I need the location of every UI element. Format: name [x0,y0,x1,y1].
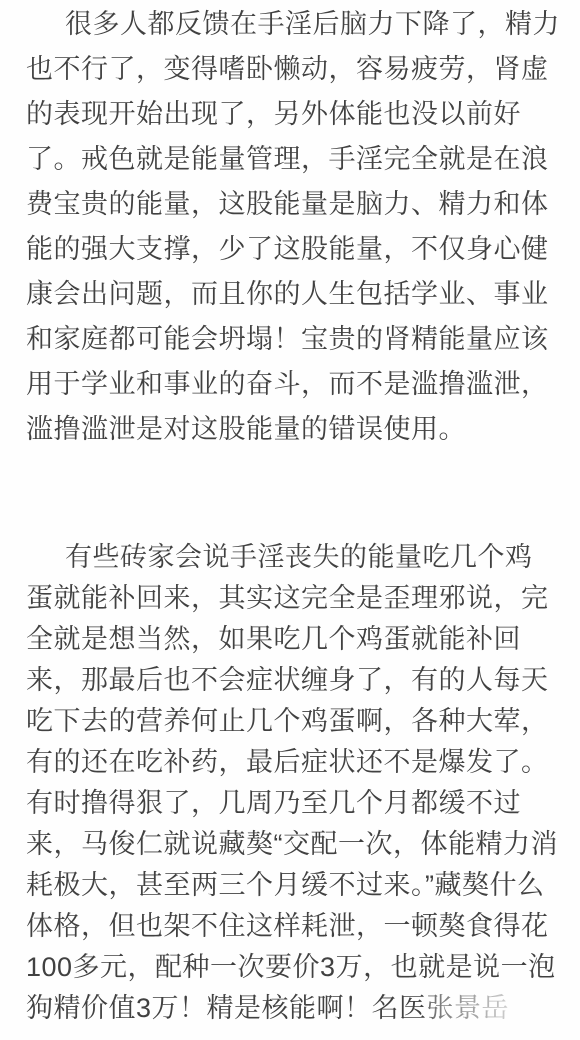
text-line: 能的强大支撑，少了这股能量，不仅身心健 [26,227,556,272]
text-line: 很多人都反馈在手淫后脑力下降了，精力 [26,2,556,47]
text-line: 蛋就能补回来，其实这完全是歪理邪说，完 [26,578,556,619]
text-line-main: 狗精价值3万！精是核能啊！名医 [26,993,427,1023]
text-line: 来，马俊仁就说藏獒“交配一次，体能精力消 [26,824,556,865]
text-line: 有的还在吃补药，最后症状还不是爆发了。 [26,742,556,783]
faded-text: 张景岳 [427,993,510,1023]
text-line: 了。戒色就是能量管理，手淫完全就是在浪 [26,137,556,182]
text-line: 费宝贵的能量，这股能量是脑力、精力和体 [26,182,556,227]
text-line: 用于学业和事业的奋斗，而不是滥撸滥泄， [26,362,556,407]
text-line: 狗精价值3万！精是核能啊！名医张景岳 [26,988,556,1029]
text-line: 全就是想当然，如果吃几个鸡蛋就能补回 [26,619,556,660]
text-line: 的表现开始出现了，另外体能也没以前好 [26,92,556,137]
text-line: 康会出问题，而且你的人生包括学业、事业 [26,272,556,317]
text-line: 有时撸得狠了，几周乃至几个月都缓不过 [26,783,556,824]
text-line: 来，那最后也不会症状缠身了，有的人每天 [26,660,556,701]
paragraph-1: 很多人都反馈在手淫后脑力下降了，精力也不行了，变得嗜卧懒动，容易疲劳，肾虚的表现… [26,2,556,452]
text-line: 滥撸滥泄是对这股能量的错误使用。 [26,407,556,452]
text-line: 和家庭都可能会坍塌！宝贵的肾精能量应该 [26,317,556,362]
reading-page: 很多人都反馈在手淫后脑力下降了，精力也不行了，变得嗜卧懒动，容易疲劳，肾虚的表现… [0,0,580,1040]
text-line: 吃下去的营养何止几个鸡蛋啊，各种大荤， [26,701,556,742]
text-line: 100多元，配种一次要价3万，也就是说一泡 [26,947,556,988]
text-line: 也不行了，变得嗜卧懒动，容易疲劳，肾虚 [26,47,556,92]
article-text: 很多人都反馈在手淫后脑力下降了，精力也不行了，变得嗜卧懒动，容易疲劳，肾虚的表现… [26,2,556,1029]
paragraph-2: 有些砖家会说手淫丧失的能量吃几个鸡蛋就能补回来，其实这完全是歪理邪说，完全就是想… [26,537,556,1029]
text-line: 体格，但也架不住这样耗泄，一顿獒食得花 [26,906,556,947]
text-line: 耗极大，甚至两三个月缓不过来。”藏獒什么 [26,865,556,906]
text-line: 有些砖家会说手淫丧失的能量吃几个鸡 [26,537,556,578]
